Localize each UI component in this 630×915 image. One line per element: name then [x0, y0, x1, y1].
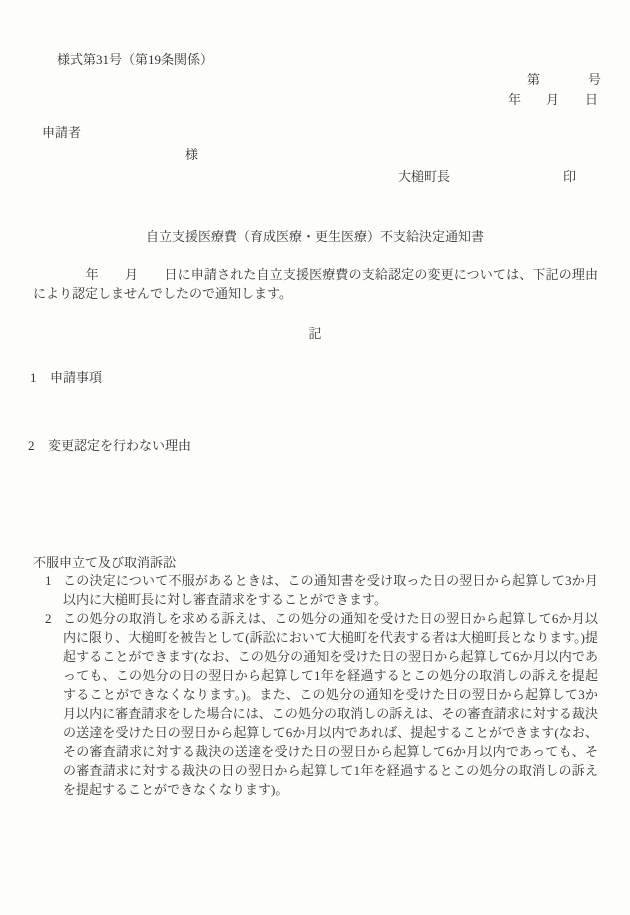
appeal-item-number: 1	[45, 571, 52, 590]
mayor-signature-label: 大槌町長	[398, 167, 450, 186]
section-2-reason-for-denial: 2 変更認定を行わない理由	[28, 436, 191, 455]
date-day-label: 日	[585, 90, 598, 109]
form-number: 様式第31号（第19条関係）	[57, 50, 213, 69]
notification-body-paragraph: 年 月 日に申請された自立支援医療費の支給認定の変更については、下記の理由により…	[33, 265, 598, 303]
date-year-label: 年	[508, 90, 521, 109]
appeal-item-text: この決定について不服があるときは、この通知書を受け取った日の翌日から起算して3か…	[63, 573, 598, 607]
ki-separator-label: 記	[0, 324, 630, 343]
appeal-item-1: 1 この決定について不服があるときは、この通知書を受け取った日の翌日から起算して…	[45, 571, 598, 609]
appeal-items-list: 1 この決定について不服があるときは、この通知書を受け取った日の翌日から起算して…	[45, 571, 598, 799]
section-number: 2	[28, 436, 48, 455]
appeal-item-number: 2	[45, 609, 52, 628]
section-1-application-matters: 1 申請事項	[30, 368, 102, 387]
applicant-label: 申請者	[42, 123, 81, 142]
section-number: 1	[30, 368, 50, 387]
document-number-prefix-label: 第	[527, 70, 540, 89]
section-label: 申請事項	[50, 368, 102, 387]
document-number-suffix-label: 号	[588, 70, 601, 89]
appeal-section-heading: 不服申立て及び取消訴訟	[33, 553, 176, 572]
section-label: 変更認定を行わない理由	[48, 436, 191, 455]
appeal-item-text: この処分の取消しを求める訴えは、この処分の通知を受けた日の翌日から起算して6か月…	[63, 611, 598, 797]
date-month-label: 月	[546, 90, 559, 109]
appeal-item-2: 2 この処分の取消しを求める訴えは、この処分の通知を受けた日の翌日から起算して6…	[45, 609, 598, 799]
seal-placeholder-label: 印	[563, 167, 576, 186]
addressee-honorific: 様	[185, 145, 198, 164]
document-title: 自立支援医療費（育成医療・更生医療）不支給決定通知書	[0, 227, 630, 246]
notification-document-page: 様式第31号（第19条関係） 第 号 年 月 日 申請者 様 大槌町長 印 自立…	[0, 0, 630, 915]
